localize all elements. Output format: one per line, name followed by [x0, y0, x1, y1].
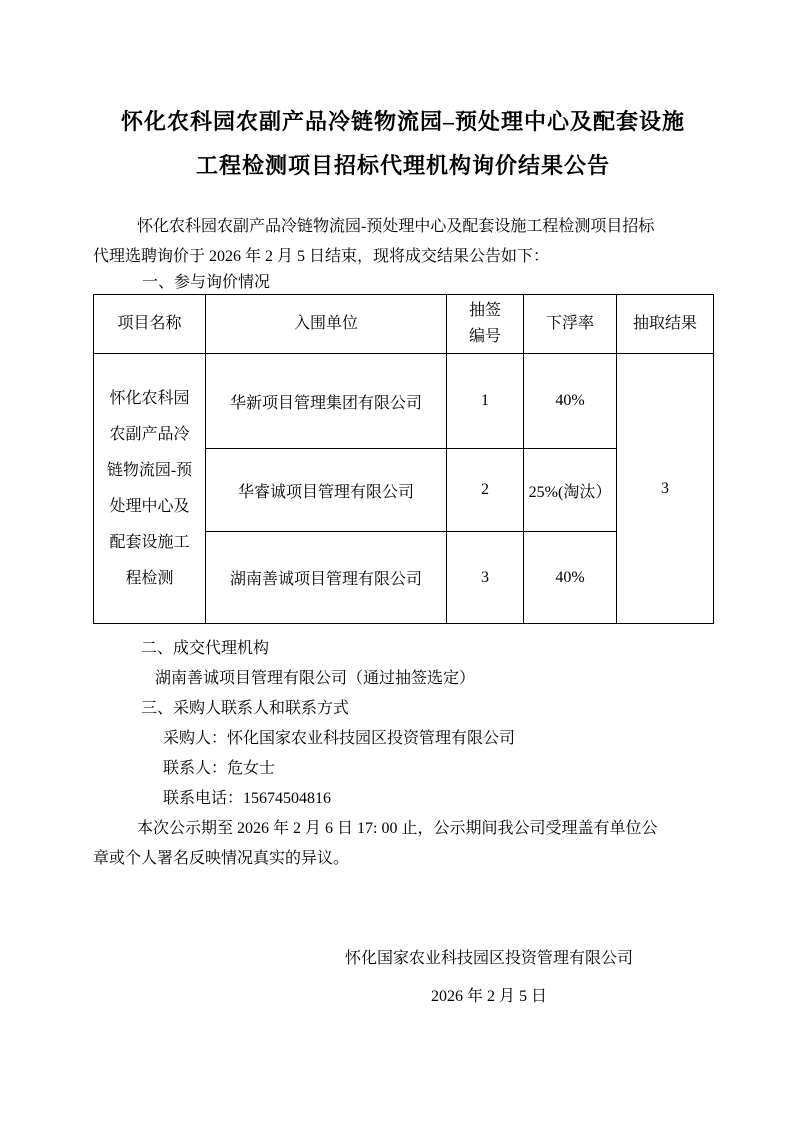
col-header-project-name: 项目名称: [94, 295, 206, 354]
contact-person-line: 联系人：危女士: [93, 754, 713, 784]
col-header-shortlisted-company: 入围单位: [206, 295, 447, 354]
publicity-notice-line1: 本次公示期至 2026 年 2 月 6 日 17: 00 止，公示期间我公司受理…: [93, 814, 713, 844]
col-header-draw-result: 抽取结果: [617, 295, 714, 354]
col-header-discount-rate: 下浮率: [524, 295, 617, 354]
contact-phone-line: 联系电话：15674504816: [93, 784, 713, 814]
document-content: 怀化农科园农副产品冷链物流园–预处理中心及配套设施 工程检测项目招标代理机构询价…: [93, 0, 713, 1016]
draw-number-cell-2: 2: [447, 449, 524, 532]
table-header-row: 项目名称 入围单位 抽签 编号 下浮率 抽取结果: [94, 295, 714, 354]
intro-paragraph: 怀化农科园农副产品冷链物流园-预处理中心及配套设施工程检测项目招标 代理选聘询价…: [93, 212, 713, 272]
signature-block: 怀化国家农业科技园区投资管理有限公司 2026 年 2 月 5 日: [343, 940, 635, 1016]
section-heading-agency: 二、成交代理机构: [93, 634, 713, 664]
signature-date: 2026 年 2 月 5 日: [343, 978, 635, 1016]
discount-rate-cell-2: 25%(淘汰）: [524, 449, 617, 532]
project-name-text: 怀化农科园农副产品冷链物流园-预处理中心及配套设施工程检测: [105, 381, 195, 597]
document-title: 怀化农科园农副产品冷链物流园–预处理中心及配套设施 工程检测项目招标代理机构询价…: [93, 100, 713, 188]
company-cell-3: 湖南善诚项目管理有限公司: [206, 532, 447, 624]
publicity-notice-line2: 章或个人署名反映情况真实的异议。: [93, 844, 713, 874]
project-name-cell: 怀化农科园农副产品冷链物流园-预处理中心及配套设施工程检测: [94, 354, 206, 624]
intro-line1: 怀化农科园农副产品冷链物流园-预处理中心及配套设施工程检测项目招标: [93, 212, 713, 242]
document-title-line2: 工程检测项目招标代理机构询价结果公告: [93, 144, 713, 188]
signature-company: 怀化国家农业科技园区投资管理有限公司: [343, 940, 635, 978]
document-title-line1: 怀化农科园农副产品冷链物流园–预处理中心及配套设施: [93, 100, 713, 144]
winning-agency-text: 湖南善诚项目管理有限公司（通过抽签选定）: [93, 664, 713, 694]
document-page: 怀化农科园农副产品冷链物流园–预处理中心及配套设施 工程检测项目招标代理机构询价…: [0, 0, 793, 1122]
inquiry-result-table: 项目名称 入围单位 抽签 编号 下浮率 抽取结果 怀化农科园农副产品冷链物流园-…: [93, 294, 714, 624]
section-heading-contact: 三、采购人联系人和联系方式: [93, 694, 713, 724]
draw-result-cell: 3: [617, 354, 714, 624]
company-cell-2: 华睿诚项目管理有限公司: [206, 449, 447, 532]
company-cell-1: 华新项目管理集团有限公司: [206, 354, 447, 449]
intro-line2: 代理选聘询价于 2026 年 2 月 5 日结束，现将成交结果公告如下：: [93, 242, 713, 272]
discount-rate-cell-1: 40%: [524, 354, 617, 449]
discount-rate-cell-3: 40%: [524, 532, 617, 624]
purchaser-line: 采购人：怀化国家农业科技园区投资管理有限公司: [93, 724, 713, 754]
table-row: 怀化农科园农副产品冷链物流园-预处理中心及配套设施工程检测 华新项目管理集团有限…: [94, 354, 714, 449]
draw-number-cell-1: 1: [447, 354, 524, 449]
col-header-draw-number: 抽签 编号: [447, 295, 524, 354]
post-table-text: 二、成交代理机构 湖南善诚项目管理有限公司（通过抽签选定） 三、采购人联系人和联…: [93, 634, 713, 874]
section-heading-participation: 一、参与询价情况: [93, 272, 713, 294]
draw-number-cell-3: 3: [447, 532, 524, 624]
